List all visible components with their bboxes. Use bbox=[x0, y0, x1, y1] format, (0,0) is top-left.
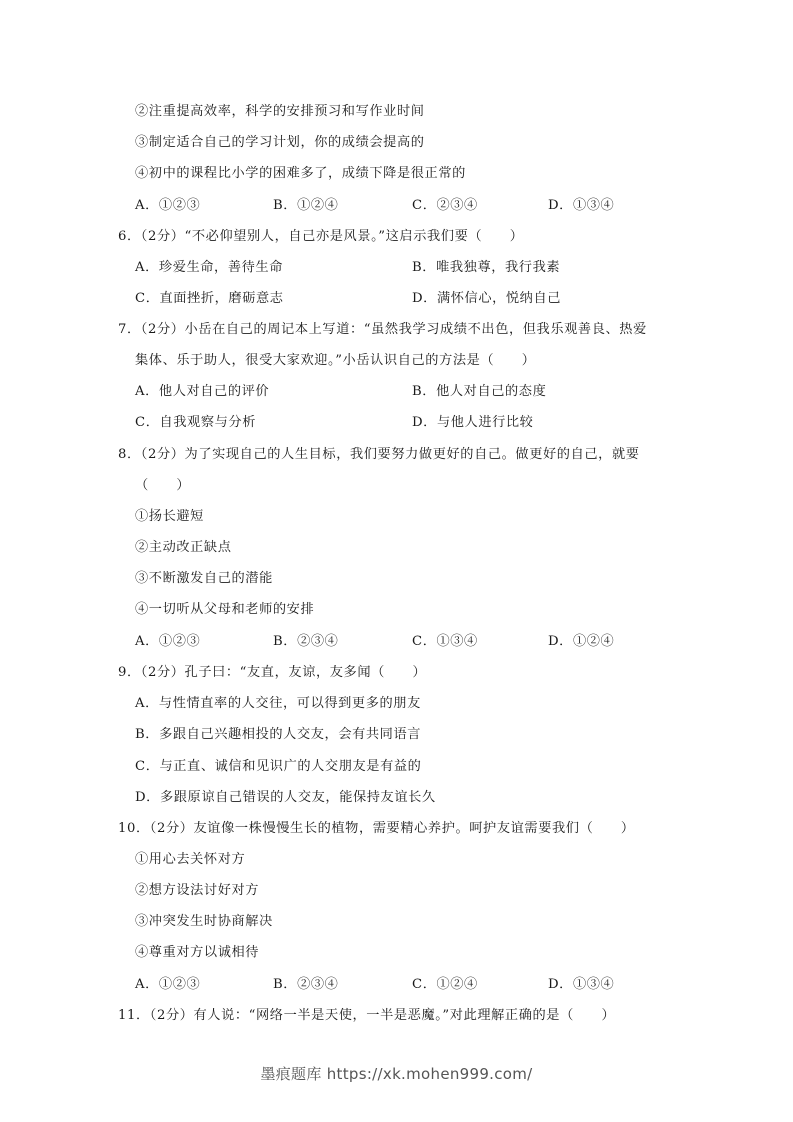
q10-option-a: A．①②③ bbox=[135, 977, 200, 993]
q6-option-a: A．珍爱生命，善待生命 bbox=[135, 260, 283, 276]
q10-option-b: B．②③④ bbox=[273, 977, 338, 993]
q6-stem: 6．（2分）“不必仰望别人，自己亦是风景。”这启示我们要（ ） bbox=[118, 229, 524, 245]
q8-option-c: C．①③④ bbox=[412, 634, 478, 650]
exam-page: ②注重提高效率，科学的安排预习和写作业时间 ③制定适合自己的学习计划，你的成绩会… bbox=[0, 0, 793, 1122]
q10-item-1: ①用心去关怀对方 bbox=[135, 852, 245, 868]
q8-option-b: B．②③④ bbox=[273, 634, 338, 650]
q7-option-c: C．自我观察与分析 bbox=[135, 415, 256, 431]
q10-option-c: C．①②④ bbox=[412, 977, 478, 993]
q8-item-2: ②主动改正缺点 bbox=[135, 540, 232, 556]
q6-option-d: D．满怀信心，悦纳自己 bbox=[412, 291, 561, 307]
q8-option-a: A．①②③ bbox=[135, 634, 200, 650]
q9-option-a: A．与性情直率的人交往，可以得到更多的朋友 bbox=[135, 696, 421, 712]
q7-option-b: B．他人对自己的态度 bbox=[412, 384, 546, 400]
q7-stem-line2: 集体、乐于助人，很受大家欢迎。”小岳认识自己的方法是（ ） bbox=[135, 353, 536, 369]
q10-option-d: D．①③④ bbox=[548, 977, 614, 993]
q11-stem: 11．（2分）有人说：“网络一半是天使，一半是恶魔。”对此理解正确的是（ ） bbox=[118, 1008, 615, 1024]
q8-stem-line1: 8．（2分）为了实现自己的人生目标，我们要努力做更好的自己。做更好的自己，就要 bbox=[118, 447, 640, 463]
q5-option-d: D．①③④ bbox=[548, 198, 614, 214]
q8-option-d: D．①②④ bbox=[548, 634, 614, 650]
q5-option-b: B．①②④ bbox=[273, 198, 338, 214]
footer-watermark: 墨痕题库 https://xk.mohen999.com/ bbox=[0, 1063, 793, 1084]
q9-option-d: D．多跟原谅自己错误的人交友，能保持友谊长久 bbox=[135, 790, 436, 806]
q5-option-a: A．①②③ bbox=[135, 198, 200, 214]
q8-item-4: ④一切听从父母和老师的安排 bbox=[135, 602, 314, 618]
q6-option-b: B．唯我独尊，我行我素 bbox=[412, 260, 560, 276]
q6-option-c: C．直面挫折，磨砺意志 bbox=[135, 291, 284, 307]
q5-option-c: C．②③④ bbox=[412, 198, 478, 214]
q5-item-4: ④初中的课程比小学的困难多了，成绩下降是很正常的 bbox=[135, 166, 466, 182]
q5-item-2: ②注重提高效率，科学的安排预习和写作业时间 bbox=[135, 104, 425, 120]
q9-stem: 9．（2分）孔子曰：“友直，友谅，友多闻（ ） bbox=[118, 665, 426, 681]
q7-option-d: D．与他人进行比较 bbox=[412, 415, 533, 431]
q10-item-3: ③冲突发生时协商解决 bbox=[135, 914, 273, 930]
q8-item-3: ③不断激发自己的潜能 bbox=[135, 571, 273, 587]
q8-item-1: ①扬长避短 bbox=[135, 509, 204, 525]
q7-option-a: A．他人对自己的评价 bbox=[135, 384, 269, 400]
q10-item-4: ④尊重对方以诚相待 bbox=[135, 945, 259, 961]
q7-stem-line1: 7．（2分）小岳在自己的周记本上写道：“虽然我学习成绩不出色，但我乐观善良、热爱 bbox=[118, 322, 647, 338]
q10-stem: 10．（2分）友谊像一株慢慢生长的植物，需要精心养护。呵护友谊需要我们（ ） bbox=[118, 821, 635, 837]
q5-item-3: ③制定适合自己的学习计划，你的成绩会提高的 bbox=[135, 135, 425, 151]
q9-option-b: B．多跟自己兴趣相投的人交友，会有共同语言 bbox=[135, 727, 421, 743]
q8-stem-line2: （ ） bbox=[135, 478, 190, 494]
q10-item-2: ②想方设法讨好对方 bbox=[135, 883, 259, 899]
q9-option-c: C．与正直、诚信和见识广的人交朋友是有益的 bbox=[135, 759, 421, 775]
